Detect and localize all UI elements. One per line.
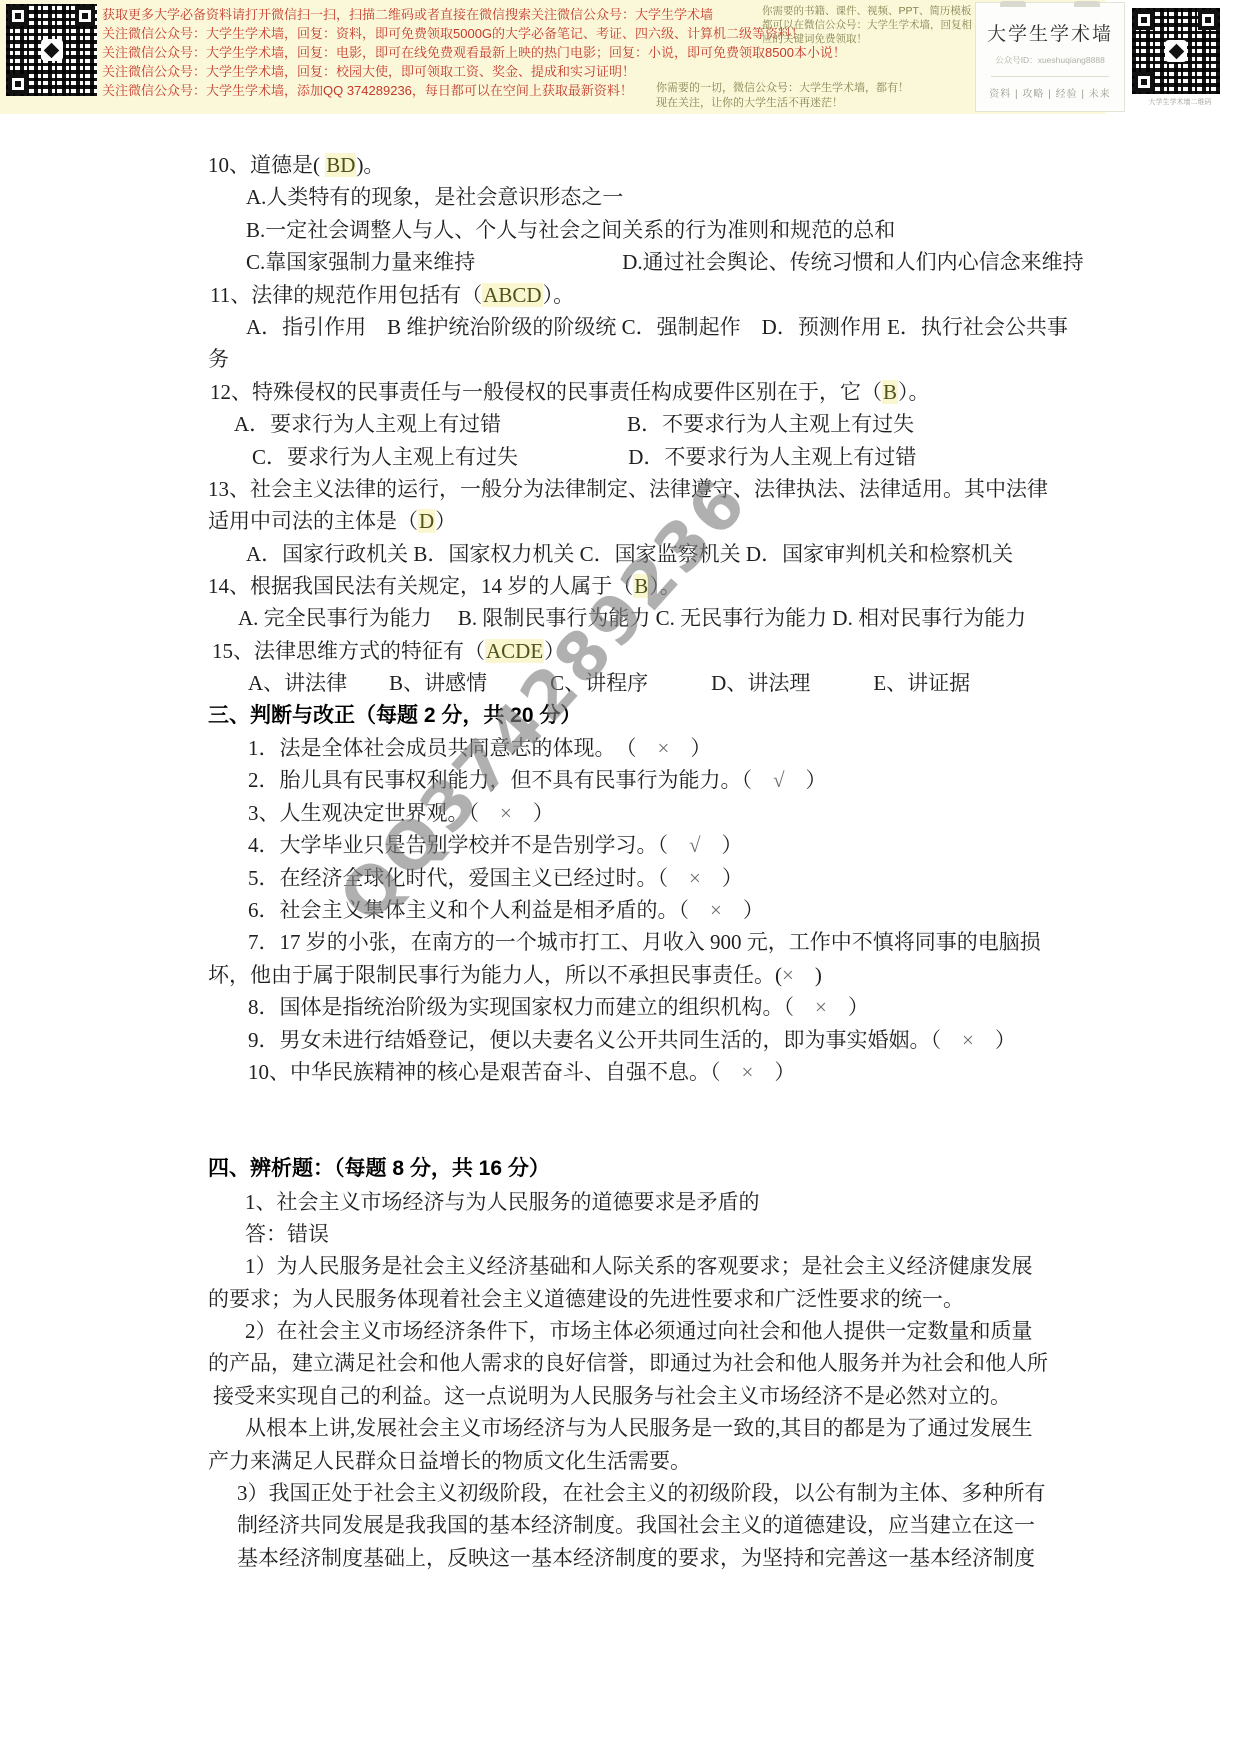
- body-text: ）: [669, 736, 711, 760]
- judgment-mark: √: [773, 768, 785, 792]
- body-text: 11、法律的规范作用包括有（: [210, 283, 482, 307]
- doc-line: [208, 1121, 1088, 1153]
- body-text: 6．社会主义集体主义和个人利益是相矛盾的。（: [248, 898, 710, 922]
- page: { "header": { "promo_lines": [ "获取更多大学必备…: [0, 0, 1241, 1754]
- body-text: ）: [974, 1028, 1016, 1052]
- doc-line: A. 完全民事行为能力 B. 限制民事行为能力 C. 无民事行为能力 D. 相对…: [208, 602, 1088, 634]
- doc-line: B.一定社会调整人与人、个人与社会之间关系的行为准则和规范的总和: [208, 214, 1088, 246]
- qr-finder-pattern: [1134, 10, 1154, 30]
- note-line: 现在关注，让你的大学生活不再迷茫！: [656, 96, 909, 111]
- body-text: 15、法律思维方式的特征有（: [212, 639, 485, 663]
- body-text: 2）在社会主义市场经济条件下，市场主体必须通过向社会和他人提供一定数量和质量: [245, 1319, 1033, 1343]
- body-text: 13、社会主义法律的运行，一般分为法律制定、法律遵守、法律执法、法律适用。其中法…: [208, 477, 1048, 501]
- answer-text: BD: [325, 153, 356, 177]
- doc-line: 答：错误: [208, 1218, 1088, 1250]
- body-text: ）: [701, 833, 743, 857]
- judgment-mark: ×: [500, 801, 512, 825]
- answer-text: ACDE: [485, 639, 544, 663]
- doc-line: 1）为人民服务是社会主义经济基础和人际关系的客观要求；是社会主义经济健康发展: [208, 1250, 1088, 1282]
- body-text: A.人类特有的现象，是社会意识形态之一: [246, 185, 623, 209]
- body-text: ）。: [898, 380, 930, 404]
- account-name: 大学生学术墙: [976, 19, 1124, 46]
- body-text: ）: [435, 509, 456, 533]
- doc-line: C．要求行为人主观上有过失 D．不要求行为人主观上有过错: [208, 441, 1088, 473]
- body-text: 1）为人民服务是社会主义经济基础和人际关系的客观要求；是社会主义经济健康发展: [245, 1254, 1033, 1278]
- doc-line: [208, 1088, 1088, 1120]
- qr-finder-pattern: [1198, 10, 1218, 30]
- doc-line: 3）我国正处于社会主义初级阶段，在社会主义的初级阶段，以公有制为主体、多种所有: [208, 1477, 1088, 1509]
- qr-finder-pattern: [75, 6, 95, 26]
- body-text: 接受来实现自己的利益。这一点说明为人民服务与社会主义市场经济不是必然对立的。: [213, 1384, 1011, 1408]
- body-text: 4．大学毕业只是告别学校并不是告别学习。（: [248, 833, 689, 857]
- answer-text: ABCD: [482, 283, 542, 307]
- body-text: 从根本上讲,发展社会主义市场经济与为人民服务是一致的,其目的都是为了通过发展生: [245, 1416, 1033, 1440]
- doc-line: 15、法律思维方式的特征有（ACDE）: [208, 635, 1088, 667]
- body-text: C．要求行为人主观上有过失 D．不要求行为人主观上有过错: [252, 445, 916, 469]
- doc-line: C.靠国家强制力量来维持 D.通过社会舆论、传统习惯和人们内心信念来维持: [208, 246, 1088, 278]
- doc-line: 四、辨析题：（每题 8 分，共 16 分）: [208, 1153, 1088, 1185]
- qr-finder-pattern: [8, 74, 28, 94]
- body-text: A．指引作用 B 维护统治阶级的阶级统 C．强制起作 D．预测作用 E．执行社会…: [246, 315, 1068, 339]
- qr-caption: 大学生学术墙二维码: [1132, 97, 1228, 107]
- judgment-mark: √: [689, 833, 701, 857]
- body-text: 12、特殊侵权的民事责任与一般侵权的民事责任构成要件区别在于，它（: [210, 380, 882, 404]
- body-text: 适用中司法的主体是（: [208, 509, 418, 533]
- judgment-mark: ×: [710, 898, 722, 922]
- doc-line: 基本经济制度基础上，反映这一基本经济制度的要求，为坚持和完善这一基本经济制度: [208, 1542, 1088, 1574]
- body-text: ）。: [543, 283, 575, 307]
- body-text: 产力来满足人民群众日益增长的物质文化生活需要。: [208, 1449, 691, 1473]
- doc-line: 从根本上讲,发展社会主义市场经济与为人民服务是一致的,其目的都是为了通过发展生: [208, 1412, 1088, 1444]
- answer-text: B: [633, 574, 649, 598]
- body-text: A．国家行政机关 B．国家权力机关 C．国家监察机关 D．国家审判机关和检察机关: [246, 542, 1013, 566]
- qr-finder-pattern: [1134, 72, 1154, 92]
- doc-line: 7．17 岁的小张，在南方的一个城市打工、月收入 900 元，工作中不慎将同事的…: [208, 926, 1088, 958]
- note-line: 你需要的一切，微信公众号：大学生学术墙，都有！: [656, 81, 909, 96]
- promo-line: 关注微信公众号：大学生学术墙，回复：电影，即可在线免费观看最新上映的热门电影；回…: [102, 43, 846, 62]
- doc-line: 的产品，建立满足社会和他人需求的良好信誉，即通过为社会和他人服务并为社会和他人所: [208, 1347, 1088, 1379]
- body-text: 7．17 岁的小张，在南方的一个城市打工、月收入 900 元，工作中不慎将同事的…: [248, 930, 1041, 954]
- doc-line: A．指引作用 B 维护统治阶级的阶级统 C．强制起作 D．预测作用 E．执行社会…: [208, 311, 1088, 343]
- promo-line: 关注微信公众号：大学生学术墙，回复：校园大使，即可领取工资、奖金、提成和实习证明…: [102, 62, 846, 81]
- doc-line: 3、人生观决定世界观。（ × ）: [208, 797, 1088, 829]
- body-text: A. 完全民事行为能力 B. 限制民事行为能力 C. 无民事行为能力 D. 相对…: [238, 606, 1026, 630]
- note-line: 你需要的书籍、课件、视频、PPT、简历模板: [762, 4, 972, 18]
- body-text: )。: [356, 153, 384, 177]
- body-text: 答：错误: [245, 1222, 329, 1246]
- body-text: B.一定社会调整人与人、个人与社会之间关系的行为准则和规范的总和: [246, 218, 895, 242]
- judgment-mark: ×: [658, 736, 670, 760]
- doc-line: 的要求；为人民服务体现着社会主义道德建设的先进性要求和广泛性要求的统一。: [208, 1283, 1088, 1315]
- note-line: 应的关键词免费领取！: [762, 32, 972, 46]
- body-text: A、讲法律 B、讲感情 C、讲程序 D、讲法理 E、讲证据: [248, 671, 970, 695]
- doc-line: 2）在社会主义市场经济条件下，市场主体必须通过向社会和他人提供一定数量和质量: [208, 1315, 1088, 1347]
- promo-line: 获取更多大学必备资料请打开微信扫一扫，扫描二维码或者直接在微信搜索关注微信公众号…: [102, 5, 846, 24]
- body-text: 的产品，建立满足社会和他人需求的良好信誉，即通过为社会和他人服务并为社会和他人所: [208, 1351, 1048, 1375]
- body-text: ）: [785, 768, 827, 792]
- doc-line: 1、社会主义市场经济与为人民服务的道德要求是矛盾的: [208, 1186, 1088, 1218]
- body-text: C.靠国家强制力量来维持 D.通过社会舆论、传统习惯和人们内心信念来维持: [246, 250, 1084, 274]
- promo-line: 关注微信公众号：大学生学术墙，回复：资料，即可免费领取5000G的大学必备笔记、…: [102, 24, 846, 43]
- body-text: ）: [512, 801, 554, 825]
- body-text: 三、判断与改正（每题 2 分，共 20 分）: [208, 704, 581, 727]
- body-text: 务: [208, 347, 229, 371]
- header-banner: 获取更多大学必备资料请打开微信扫一扫，扫描二维码或者直接在微信搜索关注微信公众号…: [0, 0, 1241, 114]
- doc-line: 2．胎儿具有民事权利能力，但不具有民事行为能力。（ √ ）: [208, 764, 1088, 796]
- doc-line: 11、法律的规范作用包括有（ABCD）。: [208, 279, 1088, 311]
- doc-line: 8．国体是指统治阶级为实现国家权力而建立的组织机构。（ × ）: [208, 991, 1088, 1023]
- judgment-mark: ×: [742, 1060, 754, 1084]
- doc-line: 产力来满足人民群众日益增长的物质文化生活需要。: [208, 1445, 1088, 1477]
- card-tab-decor: [1074, 1, 1100, 7]
- body-text: 8．国体是指统治阶级为实现国家权力而建立的组织机构。（: [248, 995, 815, 1019]
- body-text: 9．男女未进行结婚登记，便以夫妻名义公开共同生活的，即为事实婚姻。（: [248, 1028, 962, 1052]
- body-text: 3）我国正处于社会主义初级阶段，在社会主义的初级阶段，以公有制为主体、多种所有: [237, 1481, 1046, 1505]
- note-line: 都可以在微信公众号：大学生学术墙，回复相: [762, 18, 972, 32]
- body-text: 2．胎儿具有民事权利能力，但不具有民事行为能力。（: [248, 768, 773, 792]
- body-text: A．要求行为人主观上有过错 B．不要求行为人主观上有过失: [234, 412, 914, 436]
- body-text: 14、根据我国民法有关规定，14 岁的人属于（: [208, 574, 633, 598]
- account-card: 大学生学术墙 公众号ID：xueshuqiang8888 资料 | 攻略 | 经…: [975, 2, 1125, 112]
- body-text: ）。: [649, 574, 681, 598]
- doc-line: A、讲法律 B、讲感情 C、讲程序 D、讲法理 E、讲证据: [208, 667, 1088, 699]
- judgment-mark: ×: [962, 1028, 974, 1052]
- doc-line: 10、中华民族精神的核心是艰苦奋斗、自强不息。（ × ）: [208, 1056, 1088, 1088]
- judgment-mark: ×: [689, 866, 701, 890]
- keyword-note-block: 你需要的书籍、课件、视频、PPT、简历模板 都可以在微信公众号：大学生学术墙，回…: [762, 4, 972, 46]
- body-text: ）: [722, 898, 764, 922]
- doc-line: 10、道德是( BD)。: [208, 149, 1088, 181]
- body-text: ）: [701, 866, 743, 890]
- judgment-mark: ×: [782, 963, 794, 987]
- document-body: 10、道德是( BD)。A.人类特有的现象，是社会意识形态之一B.一定社会调整人…: [208, 149, 1088, 1574]
- doc-line: 14、根据我国民法有关规定，14 岁的人属于（B）。: [208, 570, 1088, 602]
- qr-center-logo: [1165, 40, 1187, 62]
- doc-line: 适用中司法的主体是（D）: [208, 505, 1088, 537]
- judgment-mark: ×: [815, 995, 827, 1019]
- wechat-qr-code-right: [1132, 8, 1220, 94]
- body-text: ）: [753, 1060, 795, 1084]
- doc-line: 制经济共同发展是我我国的基本经济制度。我国社会主义的道德建设，应当建立在这一: [208, 1509, 1088, 1541]
- follow-note-block: 你需要的一切，微信公众号：大学生学术墙，都有！ 现在关注，让你的大学生活不再迷茫…: [656, 81, 909, 111]
- doc-line: 6．社会主义集体主义和个人利益是相矛盾的。（ × ）: [208, 894, 1088, 926]
- doc-line: 5．在经济全球化时代，爱国主义已经过时。（ × ）: [208, 862, 1088, 894]
- body-text: 四、辨析题：（每题 8 分，共 16 分）: [208, 1157, 550, 1180]
- doc-line: 接受来实现自己的利益。这一点说明为人民服务与社会主义市场经济不是必然对立的。: [208, 1380, 1088, 1412]
- body-text: 5．在经济全球化时代，爱国主义已经过时。（: [248, 866, 689, 890]
- card-tab-decor: [1000, 1, 1026, 7]
- body-text: 制经济共同发展是我我国的基本经济制度。我国社会主义的道德建设，应当建立在这一: [237, 1513, 1035, 1537]
- body-text: 10、道德是(: [208, 153, 325, 177]
- body-text: 基本经济制度基础上，反映这一基本经济制度的要求，为坚持和完善这一基本经济制度: [237, 1546, 1035, 1570]
- account-tags: 资料 | 攻略 | 经验 | 未来: [976, 85, 1124, 100]
- doc-line: A.人类特有的现象，是社会意识形态之一: [208, 181, 1088, 213]
- body-text: 10、中华民族精神的核心是艰苦奋斗、自强不息。（: [248, 1060, 742, 1084]
- doc-line: 12、特殊侵权的民事责任与一般侵权的民事责任构成要件区别在于，它（B）。: [208, 376, 1088, 408]
- answer-text: B: [882, 380, 898, 404]
- account-id: 公众号ID：xueshuqiang8888: [976, 54, 1124, 66]
- body-text: ）: [544, 639, 565, 663]
- body-text: 3、人生观决定世界观。（: [248, 801, 500, 825]
- qr-center-logo: [41, 39, 63, 61]
- qr-finder-pattern: [8, 6, 28, 26]
- body-text: 1．法是全体社会成员共同意志的体现。 （: [248, 736, 658, 760]
- doc-line: 13、社会主义法律的运行，一般分为法律制定、法律遵守、法律执法、法律适用。其中法…: [208, 473, 1088, 505]
- doc-line: A．国家行政机关 B．国家权力机关 C．国家监察机关 D．国家审判机关和检察机关: [208, 538, 1088, 570]
- body-text: 坏，他由于属于限制民事行为能力人，所以不承担民事责任。(: [208, 963, 782, 987]
- body-text: 1、社会主义市场经济与为人民服务的道德要求是矛盾的: [245, 1190, 760, 1214]
- doc-line: A．要求行为人主观上有过错 B．不要求行为人主观上有过失: [208, 408, 1088, 440]
- body-text: ）: [827, 995, 869, 1019]
- wechat-qr-code-left: [6, 4, 97, 96]
- doc-line: 1．法是全体社会成员共同意志的体现。 （ × ）: [208, 732, 1088, 764]
- doc-line: 坏，他由于属于限制民事行为能力人，所以不承担民事责任。(× ): [208, 959, 1088, 991]
- doc-line: 务: [208, 343, 1088, 375]
- body-text: ): [794, 963, 822, 987]
- doc-line: 4．大学毕业只是告别学校并不是告别学习。（ √ ）: [208, 829, 1088, 861]
- doc-line: 9．男女未进行结婚登记，便以夫妻名义公开共同生活的，即为事实婚姻。（ × ）: [208, 1024, 1088, 1056]
- answer-text: D: [418, 509, 435, 533]
- body-text: 的要求；为人民服务体现着社会主义道德建设的先进性要求和广泛性要求的统一。: [208, 1287, 964, 1311]
- card-divider: [991, 76, 1109, 77]
- doc-line: 三、判断与改正（每题 2 分，共 20 分）: [208, 700, 1088, 732]
